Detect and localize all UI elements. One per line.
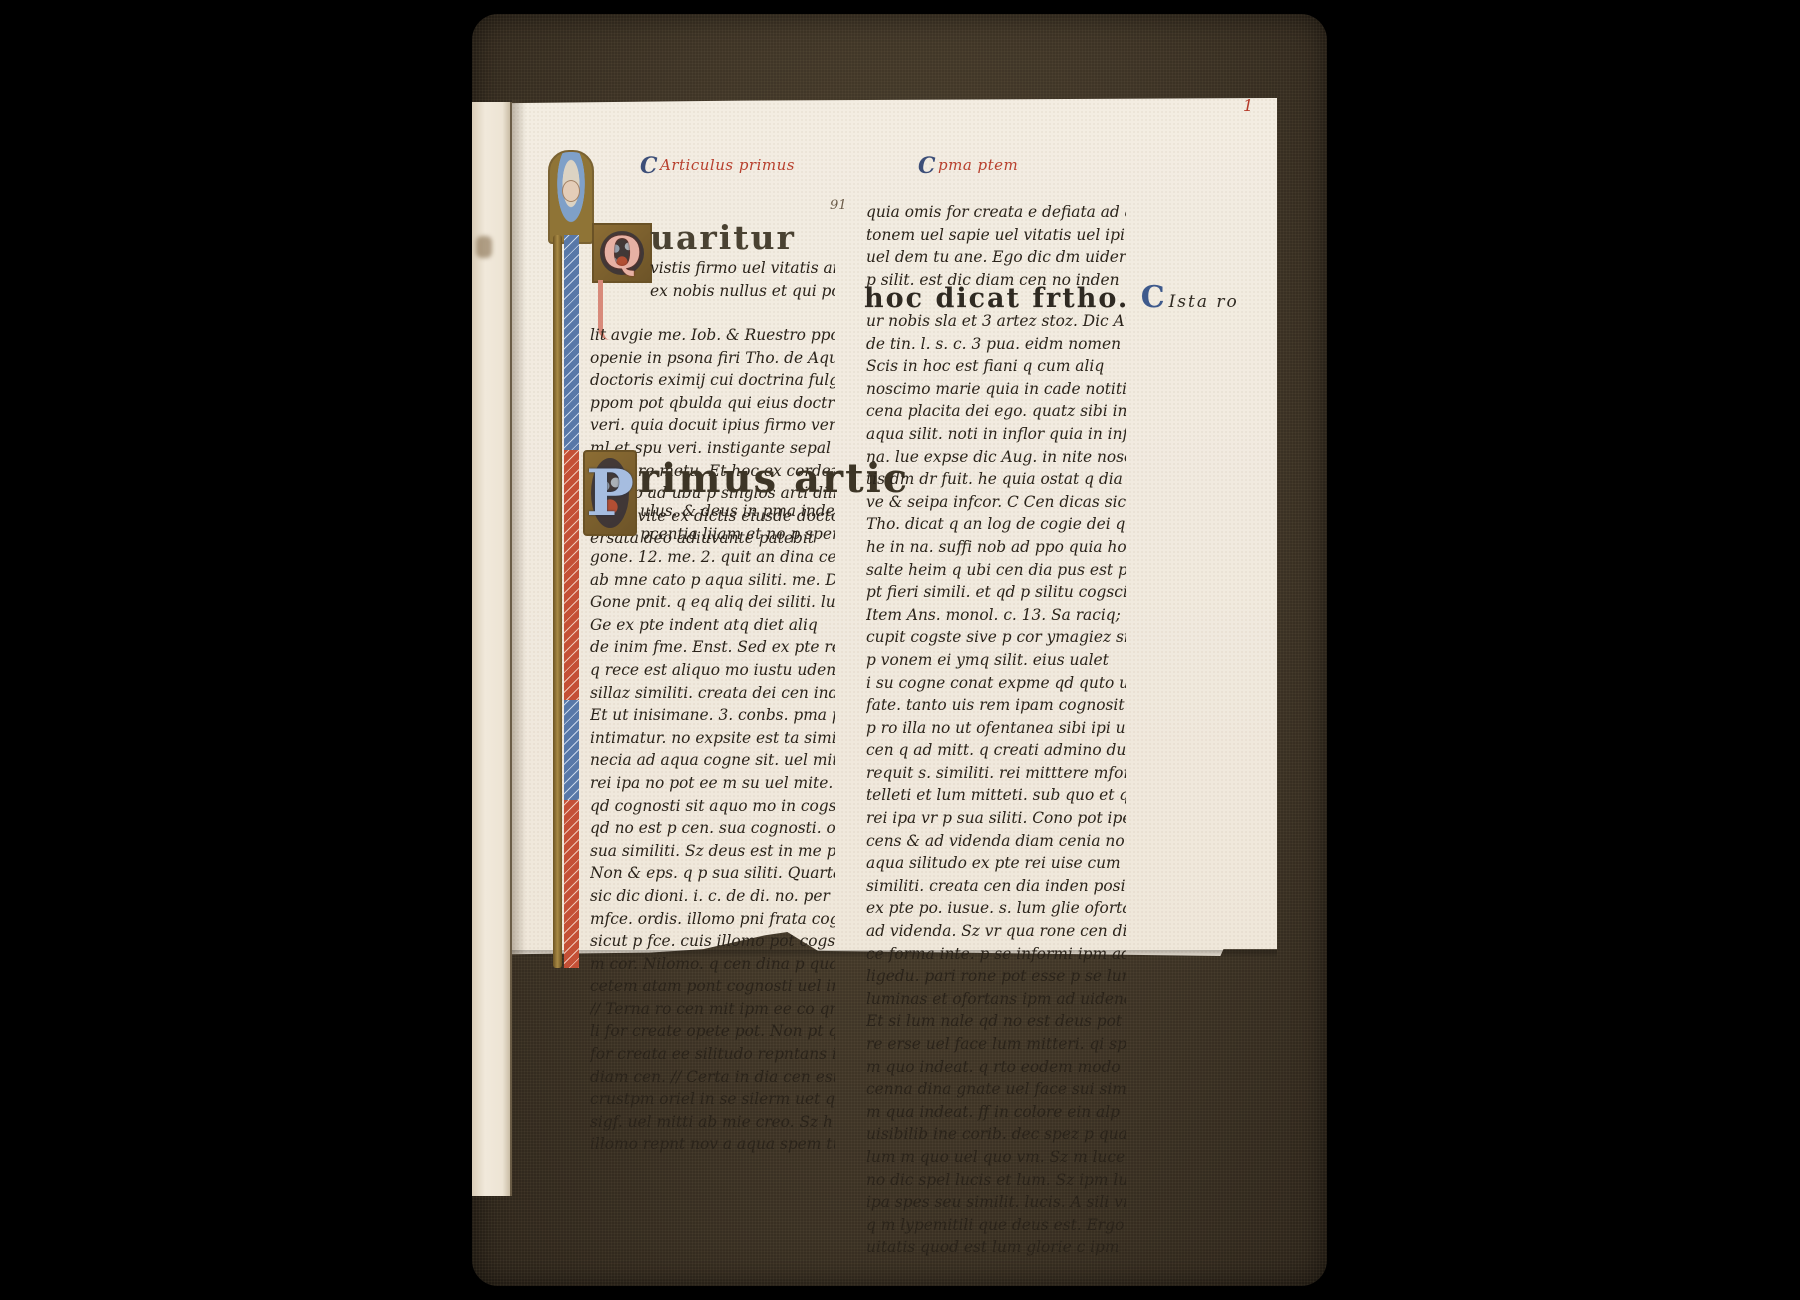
running-head-right-text: pma ptem xyxy=(938,156,1018,174)
text-line: aqua silit. noti in inflor quia in infco xyxy=(866,423,1126,446)
text-line: cetem atam pont cognosti uel inteni. xyxy=(590,975,835,998)
text-line: ad videnda. Sz vr qua rone cen dia pot xyxy=(866,920,1126,943)
initial-letter: P xyxy=(586,456,634,531)
text-line: uel dem tu ane. Ego dic dm uideri - xyxy=(866,246,1126,269)
paragraph-mark-icon: C xyxy=(918,153,936,179)
text-line: tonem uel sapie uel vitatis uel ipi cen xyxy=(866,224,1126,247)
running-head-right: Cpma ptem xyxy=(918,150,1018,176)
text-line: rei ipa vr p sua siliti. Cono pot ipe di xyxy=(866,807,1126,830)
text-line: uisibilib ine corib. dec spez p qua vi xyxy=(866,1123,1126,1146)
text-line: sua similiti. Sz deus est in me p sua ce… xyxy=(590,840,835,863)
text-line: crustpm oriel in se silerm uet qop p xyxy=(590,1088,835,1111)
text-line: vistis firmo uel vitatis ai xyxy=(650,257,835,280)
text-line: ipa spes seu similit. lucis. A sili vr q… xyxy=(866,1191,1126,1214)
text-line: m quo indeat. q rto eodem modo pot xyxy=(866,1056,1126,1079)
left-flyleaf xyxy=(472,102,512,1196)
text-line: Non & eps. q p sua siliti. Quarta ro e xyxy=(590,862,835,885)
text-line: // Terna ro cen mit ipm ee co qnl xyxy=(590,998,835,1021)
border-blue-segment xyxy=(564,235,579,450)
text-line: q rece est aliquo mo iustu udenti per xyxy=(590,659,835,682)
text-line: cupit cogste sive p cor ymagiez sive xyxy=(866,626,1126,649)
right-column-text-block: ur nobis sla et 3 artez stoz. Dic Aug. d… xyxy=(866,310,1126,1259)
text-line: Et ut inisimane. 3. conbs. pma p quaz xyxy=(590,704,835,727)
text-line: ce forma inte. p se informi ipm ad int xyxy=(866,943,1126,966)
text-line: illomo repnt nov a aqua spem tua xyxy=(590,1133,835,1156)
text-line: m qua indeat. ff in colore ein alp xyxy=(866,1101,1126,1124)
text-line: uitatis quod est lum glorie c ipm ue xyxy=(866,1236,1126,1259)
text-line: fate. tanto uis rem ipam cognosit xyxy=(866,694,1126,717)
marginal-number: 91 xyxy=(830,198,847,213)
text-line: pcentia liiam et no p spem catri. In xyxy=(640,523,835,546)
text-line: sillaz similiti. creata dei cen inden po… xyxy=(590,682,835,705)
text-line: ulus. & deus in pma indet p xyxy=(640,500,835,523)
text-line: similiti. creata cen dia inden posit. Sz xyxy=(866,875,1126,898)
text-line: Ge ex pte indent atq diet aliq xyxy=(590,614,835,637)
text-line: sic dic dioni. i. c. de di. no. per simi… xyxy=(590,885,835,908)
text-line: he in na. suffi nob ad ppo quia hoc xyxy=(866,536,1126,559)
text-line: pt fieri simili. et qd p silitu cogscit xyxy=(866,581,1126,604)
text-line: openie in psona firi Tho. de Aquino xyxy=(590,347,835,370)
illuminated-border-bar xyxy=(553,235,581,968)
text-line: m cor. Nilomo. q cen dina p quacq sp xyxy=(590,953,835,976)
text-line: cens & ad videnda diam cenia no rei xyxy=(866,830,1126,853)
paragraph-mark-icon: C xyxy=(640,153,658,179)
text-line: Et si lum nale qd no est deus pot gna xyxy=(866,1010,1126,1033)
text-line: li for create opete pot. Non pt q aqua xyxy=(590,1020,835,1043)
left-column-text-beside-initial: vistis firmo uel vitatis ai ex nobis nul… xyxy=(650,257,835,302)
text-line: na. lue expse dic Aug. in nite nose xyxy=(866,446,1126,469)
text-line: quia omis for creata e defiata ad aqua xyxy=(866,201,1126,224)
image-viewer-canvas: 1 CArticulus primus Cpma ptem 91 Q uarit… xyxy=(0,0,1800,1300)
text-line: ve & seipa infcor. C Cen dicas sicut ipe xyxy=(866,491,1126,514)
text-line: veri. quia docuit ipius firmo veri ple xyxy=(590,414,835,437)
text-line: de inim fme. Enst. Sed ex pte rei uise xyxy=(590,636,835,659)
text-line: ex pte po. iusue. s. lum glie ofortal ne xyxy=(866,897,1126,920)
gutter-shadow xyxy=(512,100,526,956)
folio-number: 1 xyxy=(1243,96,1253,115)
text-line: cena placita dei ego. quatz sibi in sit xyxy=(866,400,1126,423)
text-line: ligedu. pari rone pot esse p se lum il xyxy=(866,965,1126,988)
text-line: sigf. uel mitti ab mie creo. Sz h xyxy=(590,1111,835,1134)
text-line: ur nobis sla et 3 artez stoz. Dic Aug. xyxy=(866,310,1126,333)
text-line: q m lypemitili que deus est. Ergo lum xyxy=(866,1214,1126,1237)
text-line: de tin. l. s. c. 3 pua. eidm nomen xyxy=(866,333,1126,356)
text-line: cen q ad mitt. q creati admino duo xyxy=(866,739,1126,762)
text-line: tis dm dr fuit. he quia ostat q dia cen xyxy=(866,468,1126,491)
text-line: doctoris eximij cui doctrina fulget xyxy=(590,369,835,392)
text-line: for creata ee silitudo repntans indeti xyxy=(590,1043,835,1066)
border-red-segment xyxy=(564,800,579,968)
running-head-left: CArticulus primus xyxy=(640,150,795,176)
initial-letter: Q xyxy=(603,228,641,279)
text-line: mfce. ordis. illomo pni frata cognosti xyxy=(590,908,835,931)
text-line: qd cognosti sit aquo mo in cogscere. Ill… xyxy=(590,795,835,818)
text-line: intimatur. no expsite est ta simili. no xyxy=(590,727,835,750)
text-line: ex nobis nullus et qui pol xyxy=(650,280,835,303)
text-line: diam cen. // Certa in dia cen est q i xyxy=(590,1066,835,1089)
text-line: noscimo marie quia in cade notitia xyxy=(866,378,1126,401)
text-line: luminas et ofortans ipm ad uidendum xyxy=(866,988,1126,1011)
border-red-segment xyxy=(564,450,579,700)
right-column-text-top: quia omis for creata e defiata ad aqua t… xyxy=(866,201,1126,291)
text-line: Item Ans. monol. c. 13. Sa raciq; rem me… xyxy=(866,604,1126,627)
border-blue-segment xyxy=(564,700,579,800)
text-line: i su cogne conat expme qd quto uis xyxy=(866,672,1126,695)
running-head-left-text: Articulus primus xyxy=(660,156,795,174)
text-line: re erse uel face lum mitteri. qi spez fu xyxy=(866,1033,1126,1056)
border-gold-stripe xyxy=(553,235,562,968)
text-line: Tho. dicat q an log de cogie dei que xyxy=(866,513,1126,536)
text-line: ab mne cato p aqua siliti. me. Dicm xyxy=(590,569,835,592)
text-line: p ro illa no ut ofentanea sibi ipi uide xyxy=(866,717,1126,740)
text-line: lit avgie me. Iob. & Ruestro ppoita xyxy=(590,324,835,347)
text-line: Scis in hoc est fiani q cum aliq xyxy=(866,355,1126,378)
text-line: Gone pnit. q eq aliq dei siliti. lum xyxy=(590,591,835,614)
text-line: lum m quo uel quo vm. Sz m luce visi xyxy=(866,1146,1126,1169)
text-line: ppom pot qbulda qui eius doctrina xyxy=(590,392,835,415)
left-column-text-beside-initial-2: ulus. & deus in pma indet p pcentia liia… xyxy=(640,500,835,545)
text-line: no dic spel lucis et lum. Sz ipm lum c xyxy=(866,1169,1126,1192)
paragraph-mark-icon: C xyxy=(1141,280,1167,315)
text-line: telleti et lum mitteti. sub quo et q xyxy=(866,784,1126,807)
text-line: gone. 12. me. 2. quit an dina cen indeat xyxy=(590,546,835,569)
flyleaf-stain xyxy=(476,236,492,258)
display-trailing-text: Ista ro xyxy=(1169,292,1239,312)
left-column-text-block-2: gone. 12. me. 2. quit an dina cen indeat… xyxy=(590,546,835,1156)
text-line: rei ipa no pot ee m su uel mite. Opr z xyxy=(590,772,835,795)
portrait-face-icon xyxy=(562,180,580,202)
display-heading-quaritur: uaritur xyxy=(650,218,796,257)
text-line: sicut p fce. cuis illomo pot cogstis tar… xyxy=(590,930,835,953)
text-line: aqua silitudo ex pte rei uise cum p sill… xyxy=(866,852,1126,875)
text-line: requit s. similiti. rei mitttere mfors m xyxy=(866,762,1126,785)
illuminated-initial-q: Q xyxy=(592,223,652,283)
illuminated-initial-p: P xyxy=(583,450,637,536)
text-line: p vonem ei ymq silit. eius ualet xyxy=(866,649,1126,672)
text-line: cenna dina gnate uel face sui similitu xyxy=(866,1078,1126,1101)
text-line: necia ad aqua cogne sit. uel mitt. qz xyxy=(590,749,835,772)
text-line: qd no est p cen. sua cognosti. ops q sit… xyxy=(590,817,835,840)
text-line: salte heim q ubi cen dia pus est psepis xyxy=(866,559,1126,582)
